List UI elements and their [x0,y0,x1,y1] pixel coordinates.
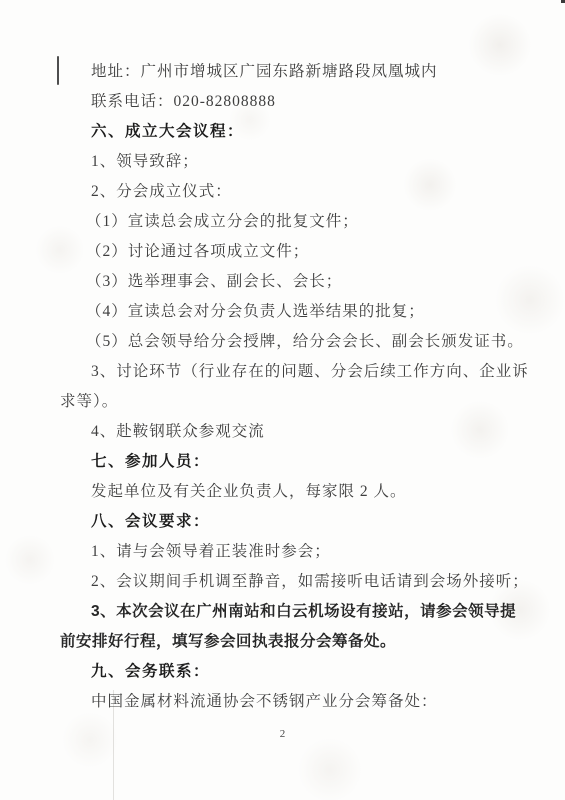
heading-section-9: 九、会务联系： [60,657,525,687]
pen-mark-artifact [57,56,59,85]
agenda-sub-item-1: （1）宣读总会成立分会的批复文件； [60,207,525,237]
agenda-item-3-continued: 求等）。 [60,387,525,417]
page-number: 2 [0,727,565,741]
scanned-document-page: 地址：广州市增城区广园东路新塘路段凤凰城内 联系电话：020-82808888 … [0,0,565,800]
agenda-item-2: 2、分会成立仪式： [60,177,525,207]
heading-section-8: 八、会议要求： [60,507,525,537]
agenda-sub-item-5: （5）总会领导给分会授牌，给分会会长、副会长颁发证书。 [60,327,525,357]
contact-line: 中国金属材料流通协会不锈钢产业分会筹备处： [60,687,525,717]
heading-section-7: 七、参加人员： [60,447,525,477]
requirement-item-1: 1、请与会领导着正装准时参会； [60,537,525,567]
requirement-item-2: 2、会议期间手机调至静音，如需接听电话请到会场外接听； [60,567,525,597]
heading-section-6: 六、成立大会议程： [60,117,525,147]
agenda-sub-item-4: （4）宣读总会对分会负责人选举结果的批复； [60,297,525,327]
agenda-item-4: 4、赴鞍钢联众参观交流 [60,417,525,447]
agenda-item-1: 1、领导致辞； [60,147,525,177]
line-phone: 联系电话：020-82808888 [60,87,525,117]
line-address: 地址：广州市增城区广园东路新塘路段凤凰城内 [60,57,525,87]
requirement-item-3: 3、本次会议在广州南站和白云机场设有接站，请参会领导提 [60,597,525,627]
agenda-sub-item-2: （2）讨论通过各项成立文件； [60,237,525,267]
document-body: 地址：广州市增城区广园东路新塘路段凤凰城内 联系电话：020-82808888 … [60,57,525,717]
agenda-item-3: 3、讨论环节（行业存在的问题、分会后续工作方向、企业诉 [60,357,525,387]
attendees-line: 发起单位及有关企业负责人，每家限 2 人。 [60,477,525,507]
scan-corner-artifact [561,0,565,3]
requirement-item-3-continued: 前安排好行程，填写参会回执表报分会筹备处。 [60,627,525,657]
agenda-sub-item-3: （3）选举理事会、副会长、会长； [60,267,525,297]
